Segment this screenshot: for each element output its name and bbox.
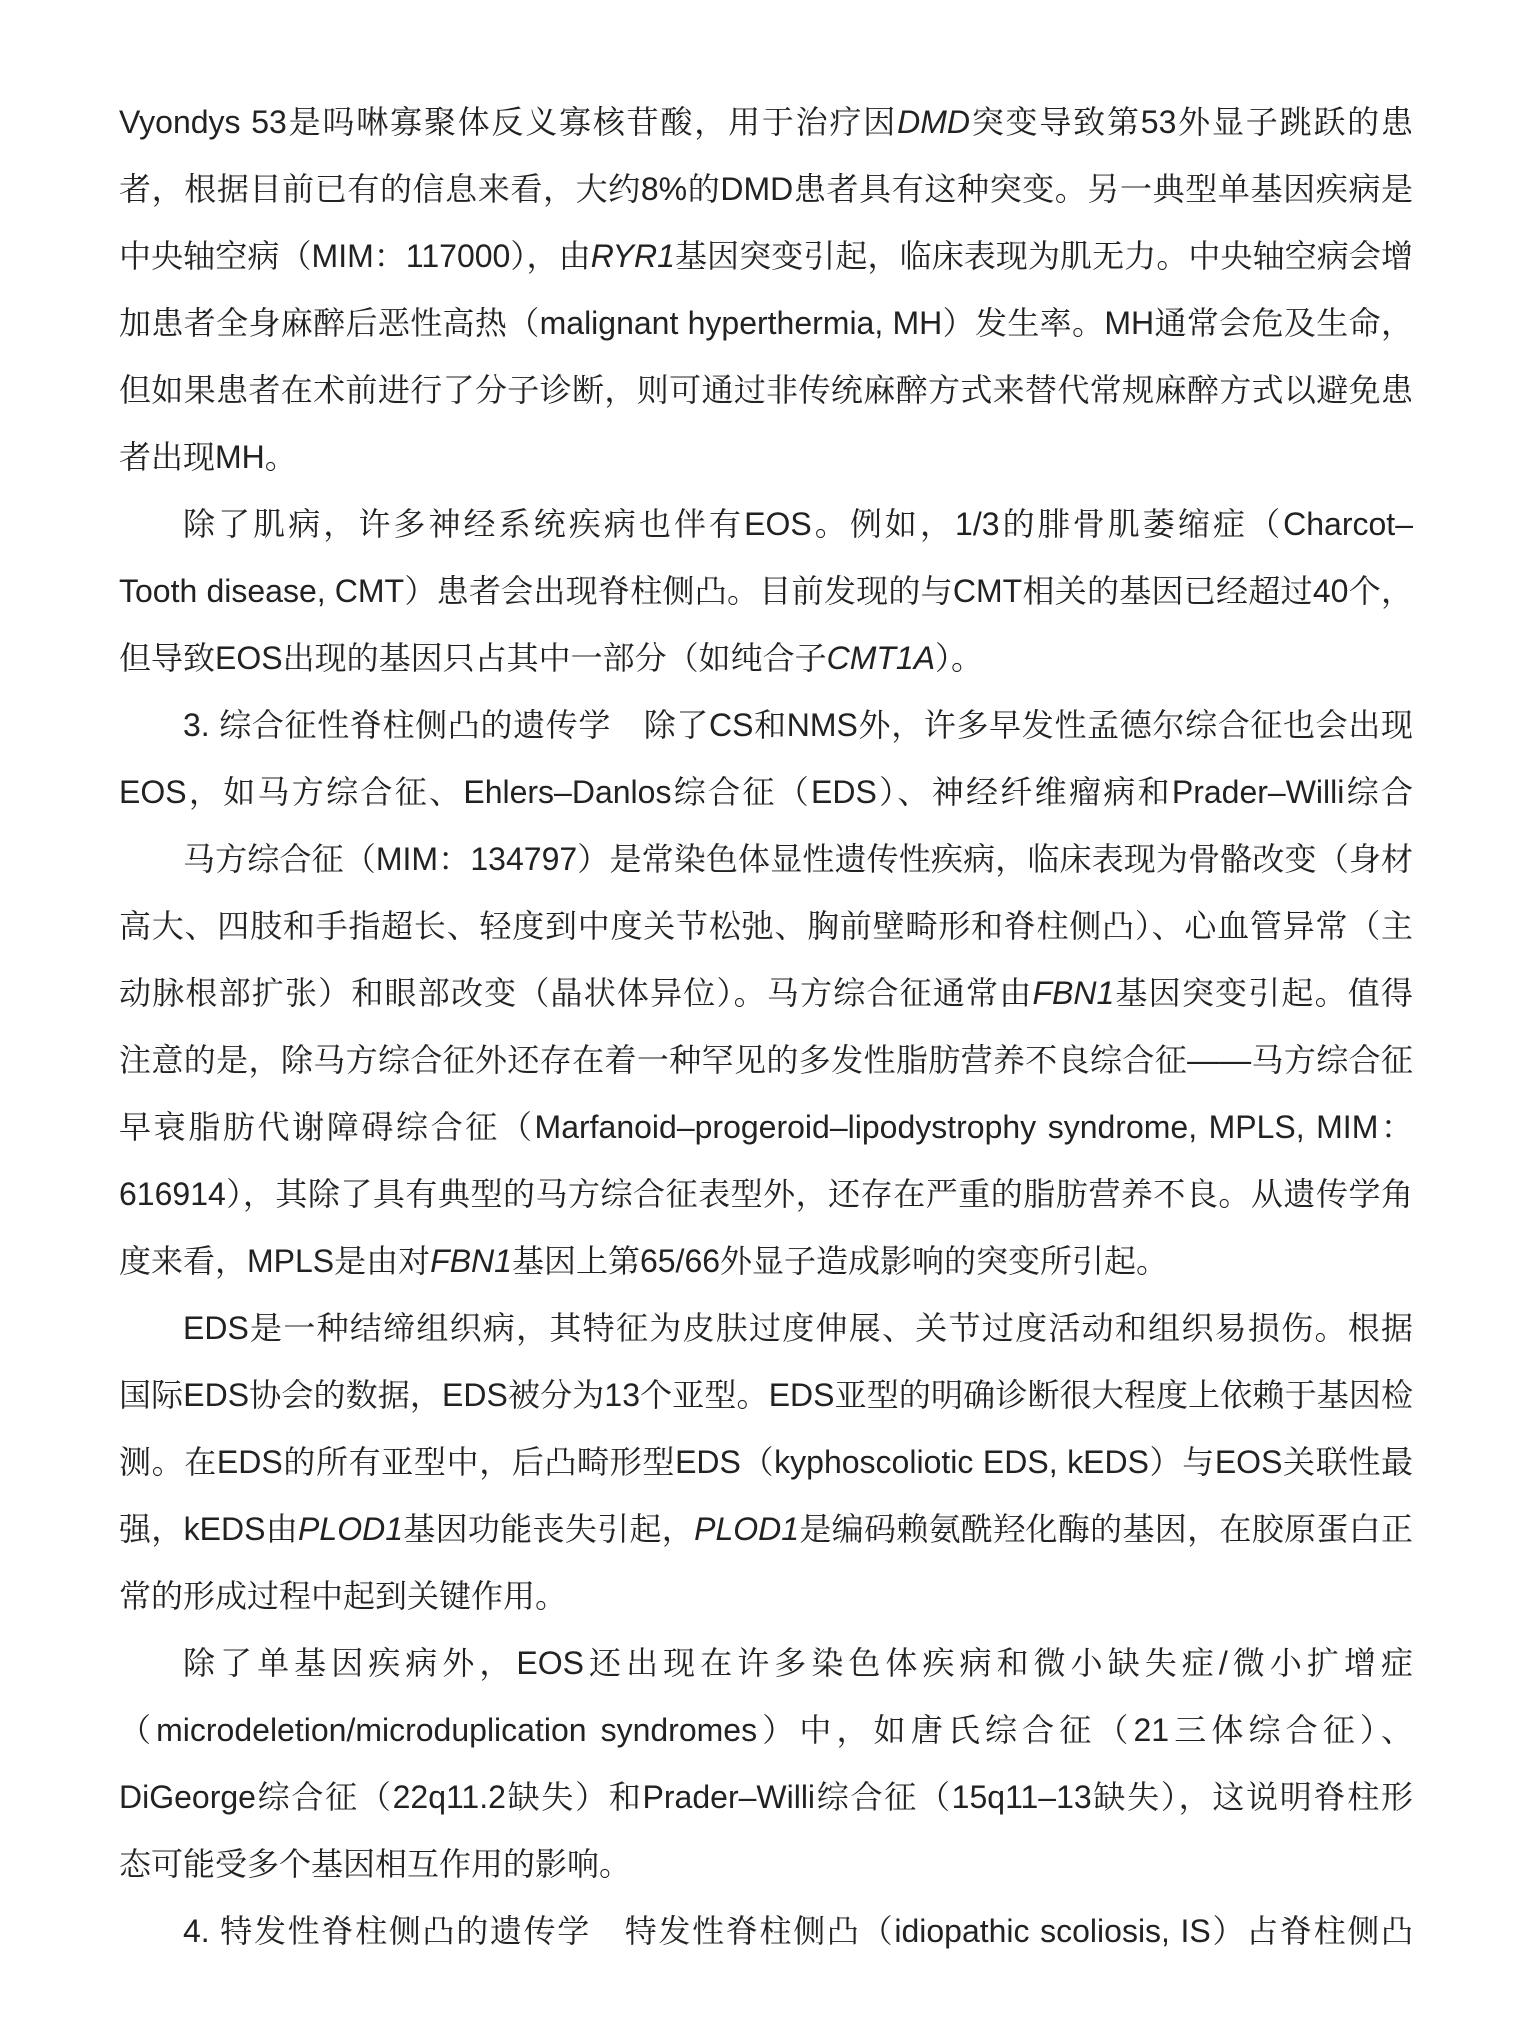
- text-run: 早衰脂肪代谢障碍综合征（Marfanoid–progeroid–lipodyst…: [119, 1109, 1413, 1145]
- text-run: 4. 特发性脊柱侧凸的遗传学 特发性脊柱侧凸（idiopathic scolio…: [183, 1913, 1413, 1949]
- text-run: 是编码赖氨酰羟化酶的基因，在胶原蛋白正: [799, 1511, 1413, 1547]
- text-run: 者，根据目前已有的信息来看，大约8%的DMD患者具有这种突变。另一典型单基因疾病…: [119, 171, 1413, 207]
- text-run: （microdeletion/microduplication syndrome…: [119, 1712, 1413, 1748]
- text-run: 态可能受多个基因相互作用的影响。: [119, 1846, 631, 1882]
- text-line: 3. 综合征性脊柱侧凸的遗传学 除了CS和NMS外，许多早发性孟德尔综合征也会出…: [119, 692, 1413, 759]
- text-run: 3. 综合征性脊柱侧凸的遗传学 除了CS和NMS外，许多早发性孟德尔综合征也会出…: [183, 707, 1413, 743]
- text-run: 基因突变引起，临床表现为肌无力。中央轴空病会增: [675, 238, 1413, 274]
- text-line: EDS是一种结缔组织病，其特征为皮肤过度伸展、关节过度活动和组织易损伤。根据: [119, 1295, 1413, 1362]
- text-run: 但如果患者在术前进行了分子诊断，则可通过非传统麻醉方式来替代常规麻醉方式以避免患: [119, 372, 1413, 408]
- text-run: 动脉根部扩张）和眼部改变（晶状体异位）。马方综合征通常由: [119, 975, 1032, 1011]
- gene-name-italic: PLOD1: [694, 1511, 799, 1547]
- text-run: 强，kEDS由: [119, 1511, 298, 1547]
- text-line: 动脉根部扩张）和眼部改变（晶状体异位）。马方综合征通常由FBN1基因突变引起。值…: [119, 960, 1413, 1027]
- text-run: EOS，如马方综合征、Ehlers–Danlos综合征（EDS）、神经纤维瘤病和…: [119, 774, 1413, 826]
- text-run: 突变导致第53外显子跳跃的患: [970, 104, 1413, 140]
- text-run: 但导致EOS出现的基因只占其中一部分（如纯合子: [119, 640, 827, 676]
- text-run: ）。: [935, 640, 983, 676]
- gene-name-italic: FBN1: [1032, 975, 1114, 1011]
- text-line: DiGeorge综合征（22q11.2缺失）和Prader–Willi综合征（1…: [119, 1764, 1413, 1831]
- text-run: Vyondys 53是吗啉寡聚体反义寡核苷酸，用于治疗因: [119, 104, 897, 140]
- text-run: 度来看，MPLS是由对: [119, 1243, 430, 1279]
- text-run: 测。在EDS的所有亚型中，后凸畸形型EDS（kyphoscoliotic EDS…: [119, 1444, 1413, 1480]
- text-run: 加患者全身麻醉后恶性高热（malignant hyperthermia, MH）…: [119, 305, 1413, 341]
- text-run: DiGeorge综合征（22q11.2缺失）和Prader–Willi综合征（1…: [119, 1779, 1413, 1815]
- gene-name-italic: PLOD1: [298, 1511, 403, 1547]
- document-body: Vyondys 53是吗啉寡聚体反义寡核苷酸，用于治疗因DMD突变导致第53外显…: [119, 89, 1413, 1965]
- text-line: 但如果患者在术前进行了分子诊断，则可通过非传统麻醉方式来替代常规麻醉方式以避免患: [119, 357, 1413, 424]
- book-page: Vyondys 53是吗啉寡聚体反义寡核苷酸，用于治疗因DMD突变导致第53外显…: [0, 0, 1536, 2019]
- text-run: 国际EDS协会的数据，EDS被分为13个亚型。EDS亚型的明确诊断很大程度上依赖…: [119, 1377, 1413, 1413]
- text-line: 测。在EDS的所有亚型中，后凸畸形型EDS（kyphoscoliotic EDS…: [119, 1429, 1413, 1496]
- text-run: 基因功能丧失引起，: [403, 1511, 694, 1547]
- text-run: 616914），其除了具有典型的马方综合征表型外，还存在严重的脂肪营养不良。从遗…: [119, 1176, 1413, 1212]
- gene-name-italic: FBN1: [430, 1243, 512, 1279]
- gene-name-italic: RYR1: [591, 238, 675, 274]
- text-line: 616914），其除了具有典型的马方综合征表型外，还存在严重的脂肪营养不良。从遗…: [119, 1161, 1413, 1228]
- text-run: 常的形成过程中起到关键作用。: [119, 1578, 567, 1614]
- text-line: 除了单基因疾病外，EOS还出现在许多染色体疾病和微小缺失症/微小扩增症: [119, 1630, 1413, 1697]
- text-run: 基因突变引起。值得: [1114, 975, 1413, 1011]
- text-run: 者出现MH。: [119, 439, 297, 475]
- text-line: 4. 特发性脊柱侧凸的遗传学 特发性脊柱侧凸（idiopathic scolio…: [119, 1898, 1413, 1965]
- text-run: EDS是一种结缔组织病，其特征为皮肤过度伸展、关节过度活动和组织易损伤。根据: [183, 1310, 1413, 1346]
- text-run: 除了肌病，许多神经系统疾病也伴有EOS。例如，1/3的腓骨肌萎缩症（Charco…: [119, 506, 1413, 558]
- text-line: 态可能受多个基因相互作用的影响。: [119, 1831, 1413, 1898]
- text-line: 者出现MH。: [119, 424, 1413, 491]
- text-run: 中央轴空病（MIM：117000），由: [119, 238, 591, 274]
- text-line: Tooth disease, CMT）患者会出现脊柱侧凸。目前发现的与CMT相关…: [119, 558, 1413, 625]
- text-line: 注意的是，除马方综合征外还存在着一种罕见的多发性脂肪营养不良综合征——马方综合征: [119, 1027, 1413, 1094]
- text-line: （microdeletion/microduplication syndrome…: [119, 1697, 1413, 1764]
- text-line: 常的形成过程中起到关键作用。: [119, 1563, 1413, 1630]
- text-line: 高大、四肢和手指超长、轻度到中度关节松弛、胸前壁畸形和脊柱侧凸）、心血管异常（主: [119, 893, 1413, 960]
- text-line: 者，根据目前已有的信息来看，大约8%的DMD患者具有这种突变。另一典型单基因疾病…: [119, 156, 1413, 223]
- text-line: 国际EDS协会的数据，EDS被分为13个亚型。EDS亚型的明确诊断很大程度上依赖…: [119, 1362, 1413, 1429]
- text-run: 基因上第65/66外显子造成影响的突变所引起。: [512, 1243, 1168, 1279]
- text-run: 马方综合征（MIM：134797）是常染色体显性遗传性疾病，临床表现为骨骼改变（…: [183, 841, 1413, 877]
- text-run: 高大、四肢和手指超长、轻度到中度关节松弛、胸前壁畸形和脊柱侧凸）、心血管异常（主: [119, 908, 1413, 944]
- text-line: 度来看，MPLS是由对FBN1基因上第65/66外显子造成影响的突变所引起。: [119, 1228, 1413, 1295]
- text-line: 早衰脂肪代谢障碍综合征（Marfanoid–progeroid–lipodyst…: [119, 1094, 1413, 1161]
- text-run: 除了单基因疾病外，EOS还出现在许多染色体疾病和微小缺失症/微小扩增症: [183, 1645, 1413, 1681]
- text-line: 但导致EOS出现的基因只占其中一部分（如纯合子CMT1A）。: [119, 625, 1413, 692]
- text-line: 马方综合征（MIM：134797）是常染色体显性遗传性疾病，临床表现为骨骼改变（…: [119, 826, 1413, 893]
- text-line: 中央轴空病（MIM：117000），由RYR1基因突变引起，临床表现为肌无力。中…: [119, 223, 1413, 290]
- text-line: EOS，如马方综合征、Ehlers–Danlos综合征（EDS）、神经纤维瘤病和…: [119, 759, 1413, 826]
- text-line: 加患者全身麻醉后恶性高热（malignant hyperthermia, MH）…: [119, 290, 1413, 357]
- text-line: Vyondys 53是吗啉寡聚体反义寡核苷酸，用于治疗因DMD突变导致第53外显…: [119, 89, 1413, 156]
- gene-name-italic: CMT1A: [827, 640, 935, 676]
- text-line: 强，kEDS由PLOD1基因功能丧失引起，PLOD1是编码赖氨酰羟化酶的基因，在…: [119, 1496, 1413, 1563]
- text-line: 除了肌病，许多神经系统疾病也伴有EOS。例如，1/3的腓骨肌萎缩症（Charco…: [119, 491, 1413, 558]
- gene-name-italic: DMD: [897, 104, 970, 140]
- text-run: 注意的是，除马方综合征外还存在着一种罕见的多发性脂肪营养不良综合征——马方综合征: [119, 1042, 1413, 1078]
- text-run: Tooth disease, CMT）患者会出现脊柱侧凸。目前发现的与CMT相关…: [119, 573, 1413, 609]
